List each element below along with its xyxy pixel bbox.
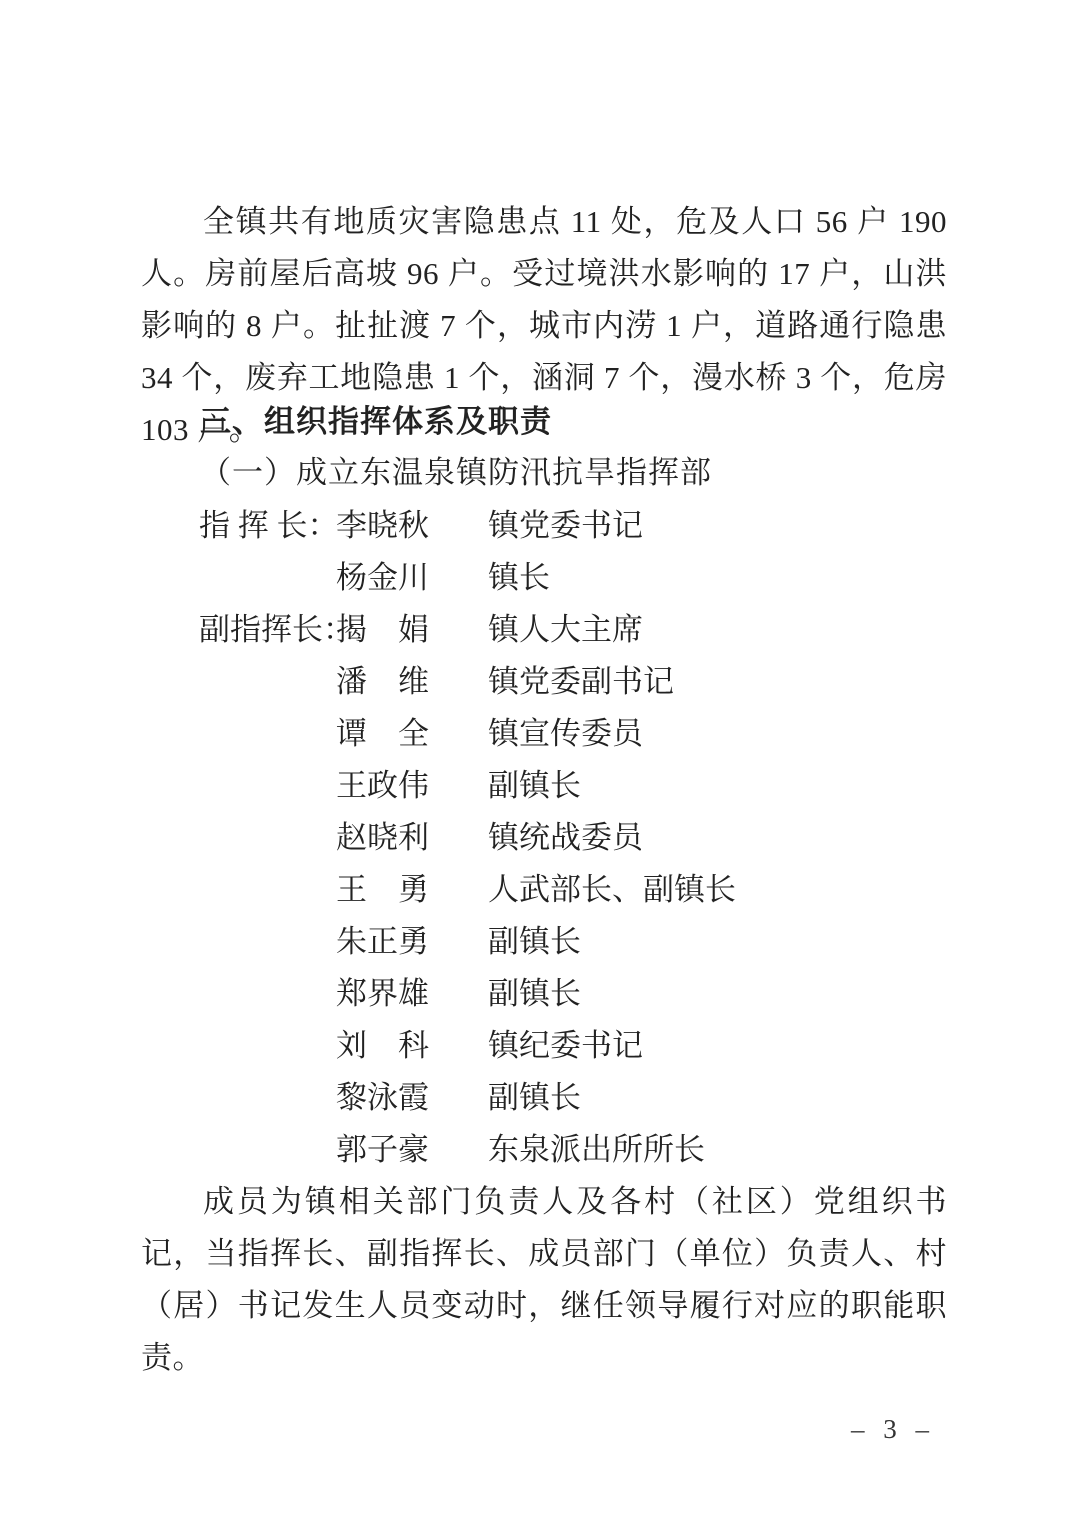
page-number: – 3 –	[851, 1412, 935, 1446]
roster-row: 郭子豪 东泉派出所所长	[141, 1124, 947, 1176]
roster-person-name: 黎泳霞	[336, 1072, 429, 1124]
roster-role-label: 指 挥 长：	[199, 500, 339, 552]
roster-person-title: 东泉派出所所长	[488, 1124, 705, 1176]
section-heading-organization: 三、组织指挥体系及职责	[141, 396, 947, 448]
command-roster: 指 挥 长： 李晓秋 镇党委书记 杨金川 镇长 副指挥长： 揭 娟 镇人大主席 …	[141, 500, 947, 1176]
roster-person-name: 潘 维	[336, 656, 429, 708]
roster-row: 杨金川 镇长	[141, 552, 947, 604]
roster-person-title: 镇党委副书记	[488, 656, 674, 708]
roster-person-title: 镇纪委书记	[488, 1020, 643, 1072]
roster-person-name: 杨金川	[336, 552, 429, 604]
roster-person-name: 李晓秋	[336, 500, 429, 552]
roster-person-title: 镇宣传委员	[488, 708, 643, 760]
roster-person-name: 赵晓利	[336, 812, 429, 864]
roster-person-title: 镇统战委员	[488, 812, 643, 864]
roster-person-name: 王政伟	[336, 760, 429, 812]
roster-row: 潘 维 镇党委副书记	[141, 656, 947, 708]
roster-row: 谭 全 镇宣传委员	[141, 708, 947, 760]
roster-person-title: 人武部长、副镇长	[488, 864, 736, 916]
roster-person-title: 副镇长	[488, 1072, 581, 1124]
roster-row: 指 挥 长： 李晓秋 镇党委书记	[141, 500, 947, 552]
roster-row: 朱正勇 副镇长	[141, 916, 947, 968]
roster-person-name: 揭 娟	[336, 604, 429, 656]
roster-person-title: 镇党委书记	[488, 500, 643, 552]
roster-person-title: 副镇长	[488, 916, 581, 968]
roster-person-name: 王 勇	[336, 864, 429, 916]
roster-person-title: 副镇长	[488, 968, 581, 1020]
roster-row: 王政伟 副镇长	[141, 760, 947, 812]
roster-row: 副指挥长： 揭 娟 镇人大主席	[141, 604, 947, 656]
roster-row: 王 勇 人武部长、副镇长	[141, 864, 947, 916]
roster-person-title: 镇人大主席	[488, 604, 643, 656]
roster-person-title: 副镇长	[488, 760, 581, 812]
paragraph-membership-note: 成员为镇相关部门负责人及各村（社区）党组织书记，当指挥长、副指挥长、成员部门（单…	[141, 1176, 947, 1384]
roster-person-name: 谭 全	[336, 708, 429, 760]
roster-person-name: 郑界雄	[336, 968, 429, 1020]
subsection-heading-command-post: （一）成立东温泉镇防汛抗旱指挥部	[141, 447, 947, 499]
roster-person-name: 朱正勇	[336, 916, 429, 968]
roster-row: 郑界雄 副镇长	[141, 968, 947, 1020]
document-page: 全镇共有地质灾害隐患点 11 处，危及人口 56 户 190 人。房前屋后高坡 …	[0, 0, 1074, 1520]
roster-person-name: 刘 科	[336, 1020, 429, 1072]
roster-person-title: 镇长	[488, 552, 550, 604]
roster-row: 黎泳霞 副镇长	[141, 1072, 947, 1124]
roster-role-label: 副指挥长：	[199, 604, 354, 656]
roster-row: 刘 科 镇纪委书记	[141, 1020, 947, 1072]
roster-row: 赵晓利 镇统战委员	[141, 812, 947, 864]
roster-person-name: 郭子豪	[336, 1124, 429, 1176]
